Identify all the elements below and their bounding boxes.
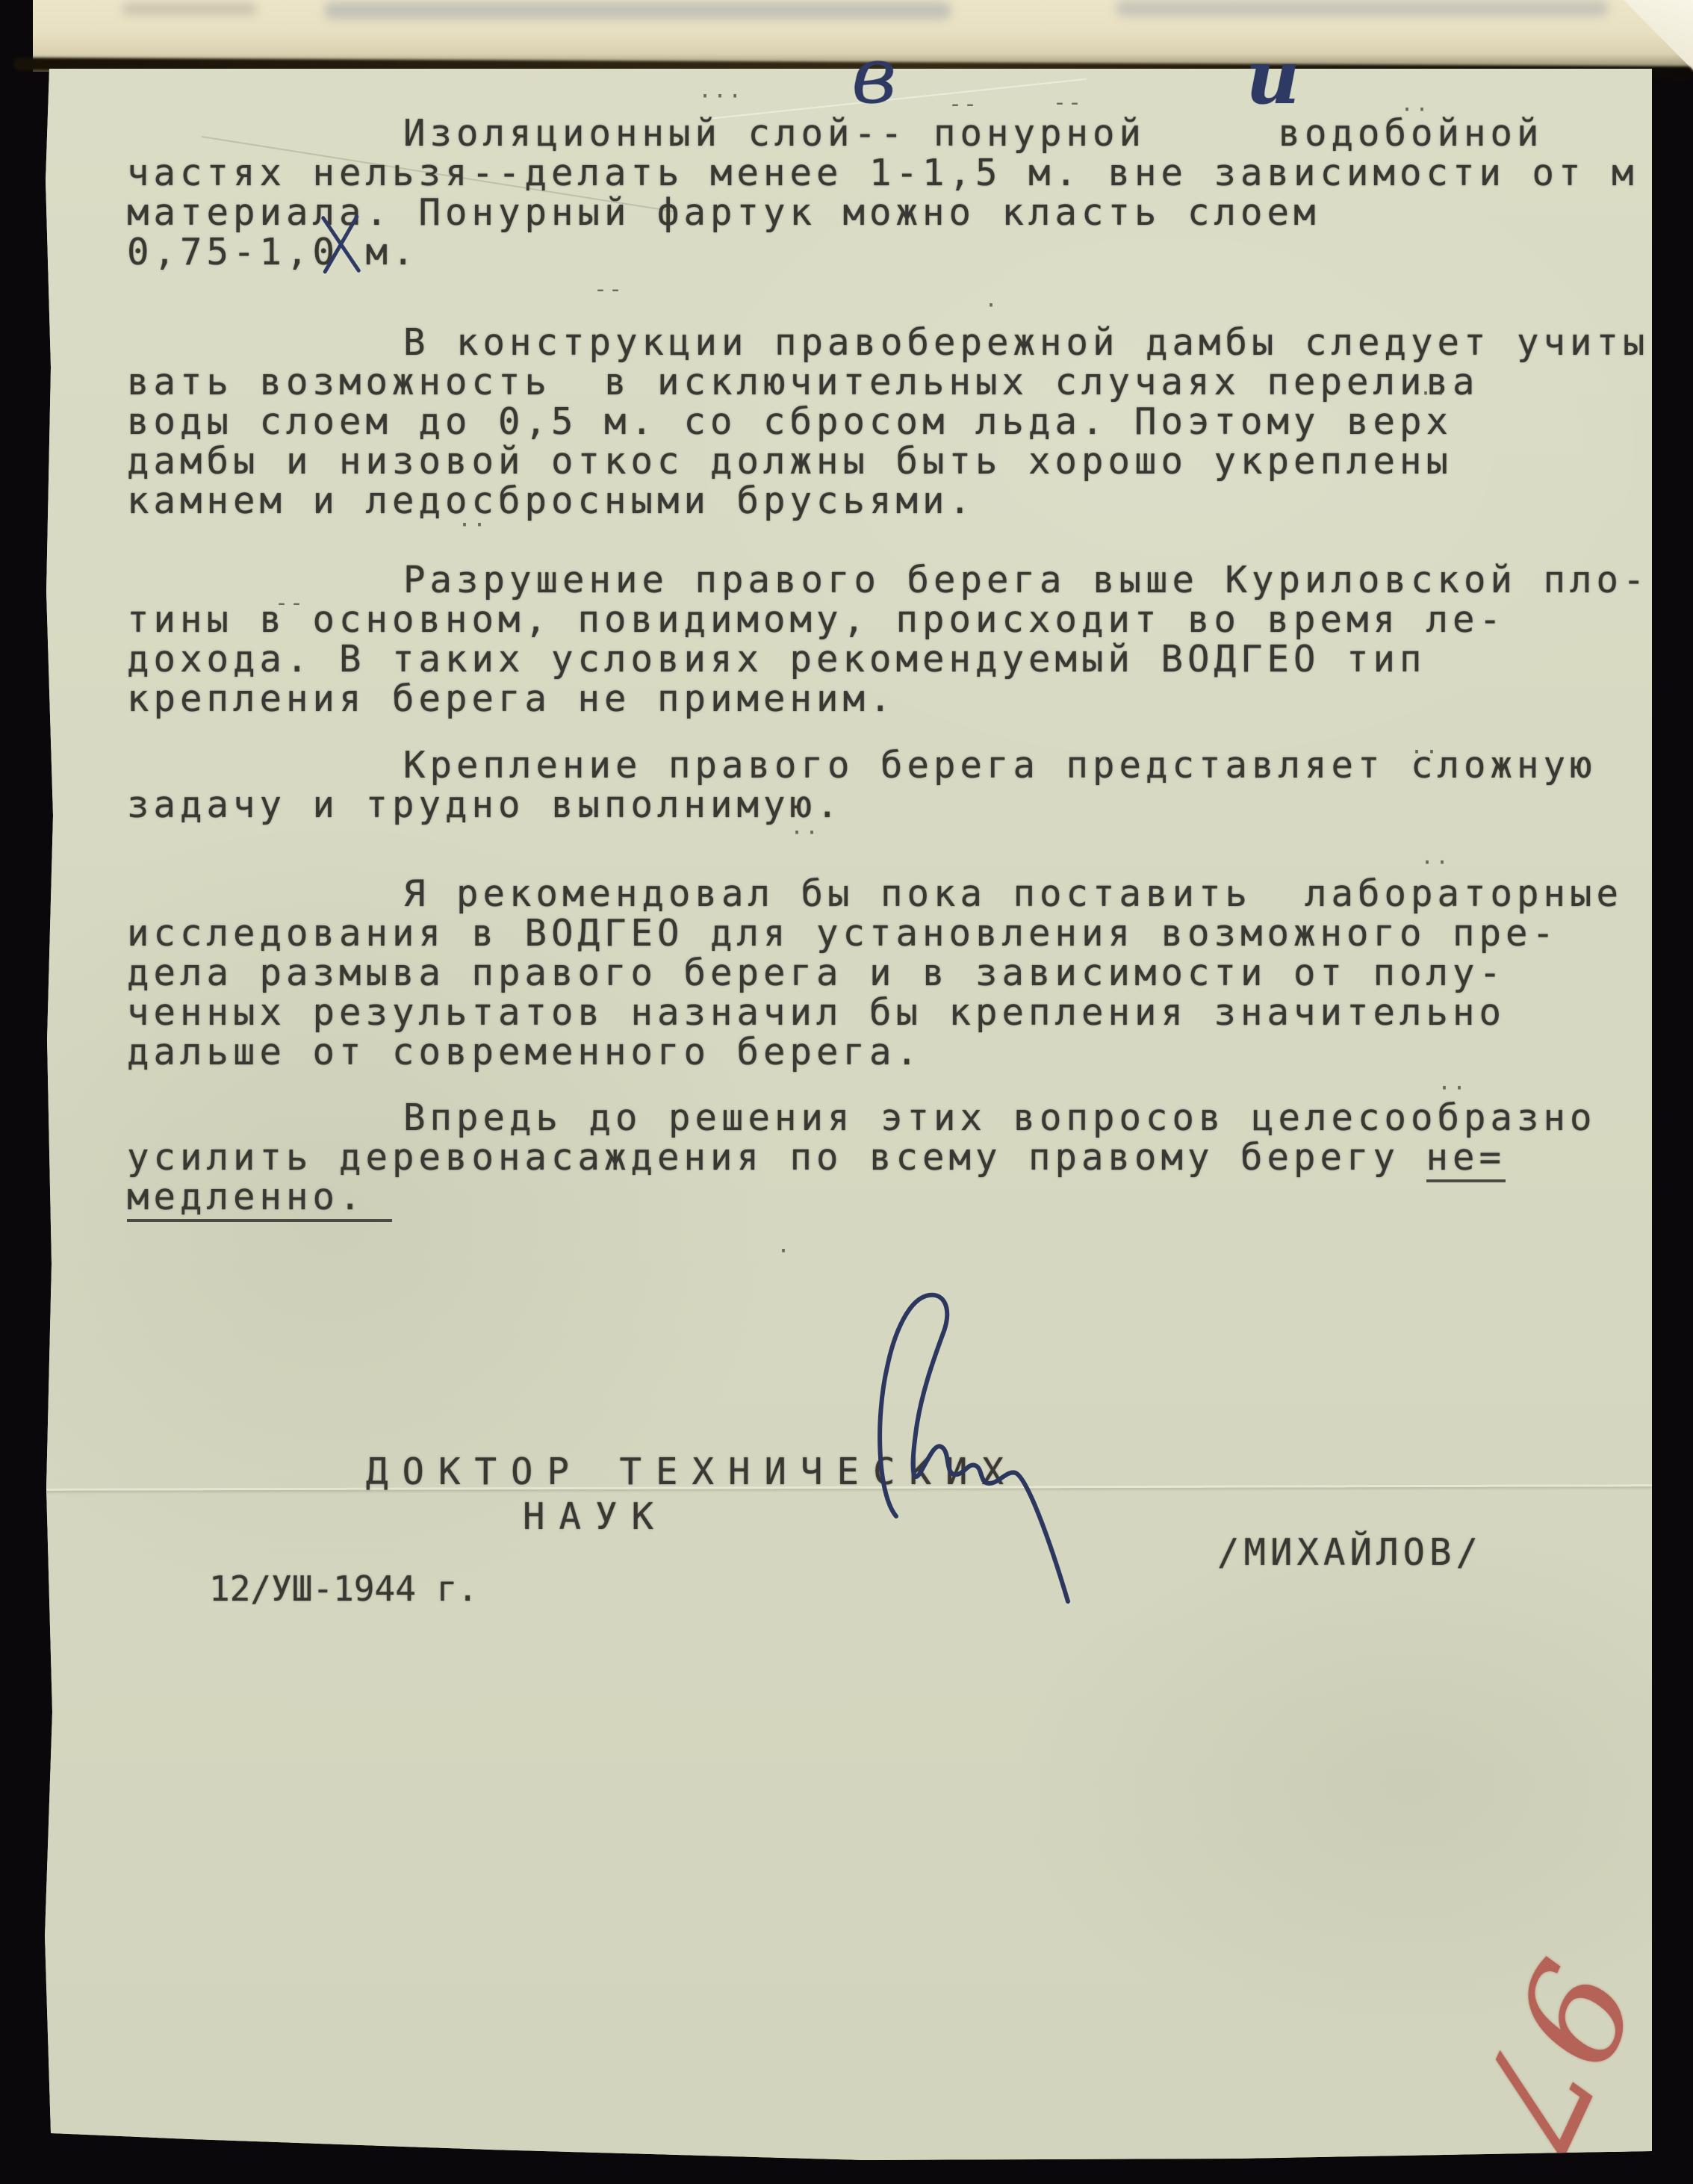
- typed-line: частях нельзя--делать менее 1-1,5 м. вне…: [127, 153, 1638, 193]
- bleed-through-text: [1116, 0, 1609, 16]
- typed-line: дохода. В таких условиях рекомендуемый В…: [127, 639, 1650, 679]
- typed-line: воды слоем до 0,5 м. со сбросом льда. По…: [127, 402, 1676, 441]
- scanned-archive-photo: Изоляционный слой-- понурной водобойнойч…: [0, 0, 1693, 2184]
- ink-speck: ··: [1438, 1076, 1467, 1102]
- typed-paragraph-2: В конструкции правобережной дамбы следуе…: [127, 323, 1676, 521]
- typed-line: Я рекомендовал бы пока поставить лаборат…: [127, 874, 1623, 913]
- signer-title-line2: НАУК: [523, 1495, 668, 1538]
- ink-speck: ··: [1410, 739, 1440, 766]
- typed-paragraph-6: Впредь до решения этих вопросов целесооб…: [127, 1098, 1597, 1217]
- typed-line: крепления берега не применим.: [127, 679, 1650, 719]
- bleed-through-text: [122, 3, 257, 15]
- typed-line: камнем и ледосбросными брусьями.: [127, 481, 1676, 521]
- ink-speck: ··: [1420, 850, 1450, 876]
- ink-speck: ···: [698, 84, 743, 110]
- typed-line: дамбы и низовой откос должны быть хорошо…: [127, 441, 1676, 481]
- handwritten-strikeout-cross: [320, 212, 361, 276]
- ink-speck: --: [275, 590, 305, 616]
- ink-speck: --: [594, 276, 624, 303]
- ink-speck: ·: [984, 293, 999, 319]
- typed-paragraph-3: Разрушение правого берега выше Куриловск…: [127, 560, 1650, 719]
- typed-line: усилить деревонасаждения по всему правом…: [127, 1138, 1597, 1177]
- typed-line: исследования в ВОДГЕО для установления в…: [127, 913, 1623, 953]
- handwritten-insertion-v: в: [851, 30, 897, 121]
- typed-line: Крепление правого берега представляет сл…: [127, 745, 1597, 785]
- bleed-through-text: [324, 1, 951, 19]
- typed-line: Впредь до решения этих вопросов целесооб…: [127, 1098, 1597, 1138]
- document-page: Изоляционный слой-- понурной водобойнойч…: [42, 69, 1652, 2160]
- typed-line: тины в основном, повидимому, происходит …: [127, 600, 1650, 639]
- ink-speck: ··: [1419, 381, 1449, 407]
- typed-line: задачу и трудно выполнимую.: [127, 785, 1597, 825]
- ink-speck: --: [1053, 90, 1083, 116]
- document-date: 12/УШ-1944 г.: [209, 1569, 478, 1609]
- typed-paragraph-4: Крепление правого берега представляет сл…: [127, 745, 1597, 825]
- ink-speck: ·: [777, 1238, 792, 1265]
- archive-page-number: 97: [1426, 1924, 1665, 2141]
- typed-line: дальше от современного берега.: [127, 1032, 1623, 1072]
- ink-speck: --: [948, 91, 978, 117]
- ink-speck: ··: [1400, 97, 1430, 123]
- typed-line: ченных результатов назначил бы крепления…: [127, 993, 1623, 1032]
- handwritten-signature-ink: [851, 1285, 1105, 1621]
- typed-line: В конструкции правобережной дамбы следуе…: [127, 323, 1676, 362]
- handwritten-insertion-i: и: [1246, 33, 1300, 121]
- signer-name: /МИХАЙЛОВ/: [1217, 1531, 1482, 1574]
- ink-speck: ··: [790, 820, 820, 846]
- typed-line: дела размыва правого берега и в зависимо…: [127, 953, 1623, 993]
- ink-speck: ··: [458, 512, 488, 539]
- typed-line: медленно.: [127, 1177, 1597, 1217]
- typed-paragraph-5: Я рекомендовал бы пока поставить лаборат…: [127, 874, 1623, 1072]
- typed-line: Разрушение правого берега выше Куриловск…: [127, 560, 1650, 600]
